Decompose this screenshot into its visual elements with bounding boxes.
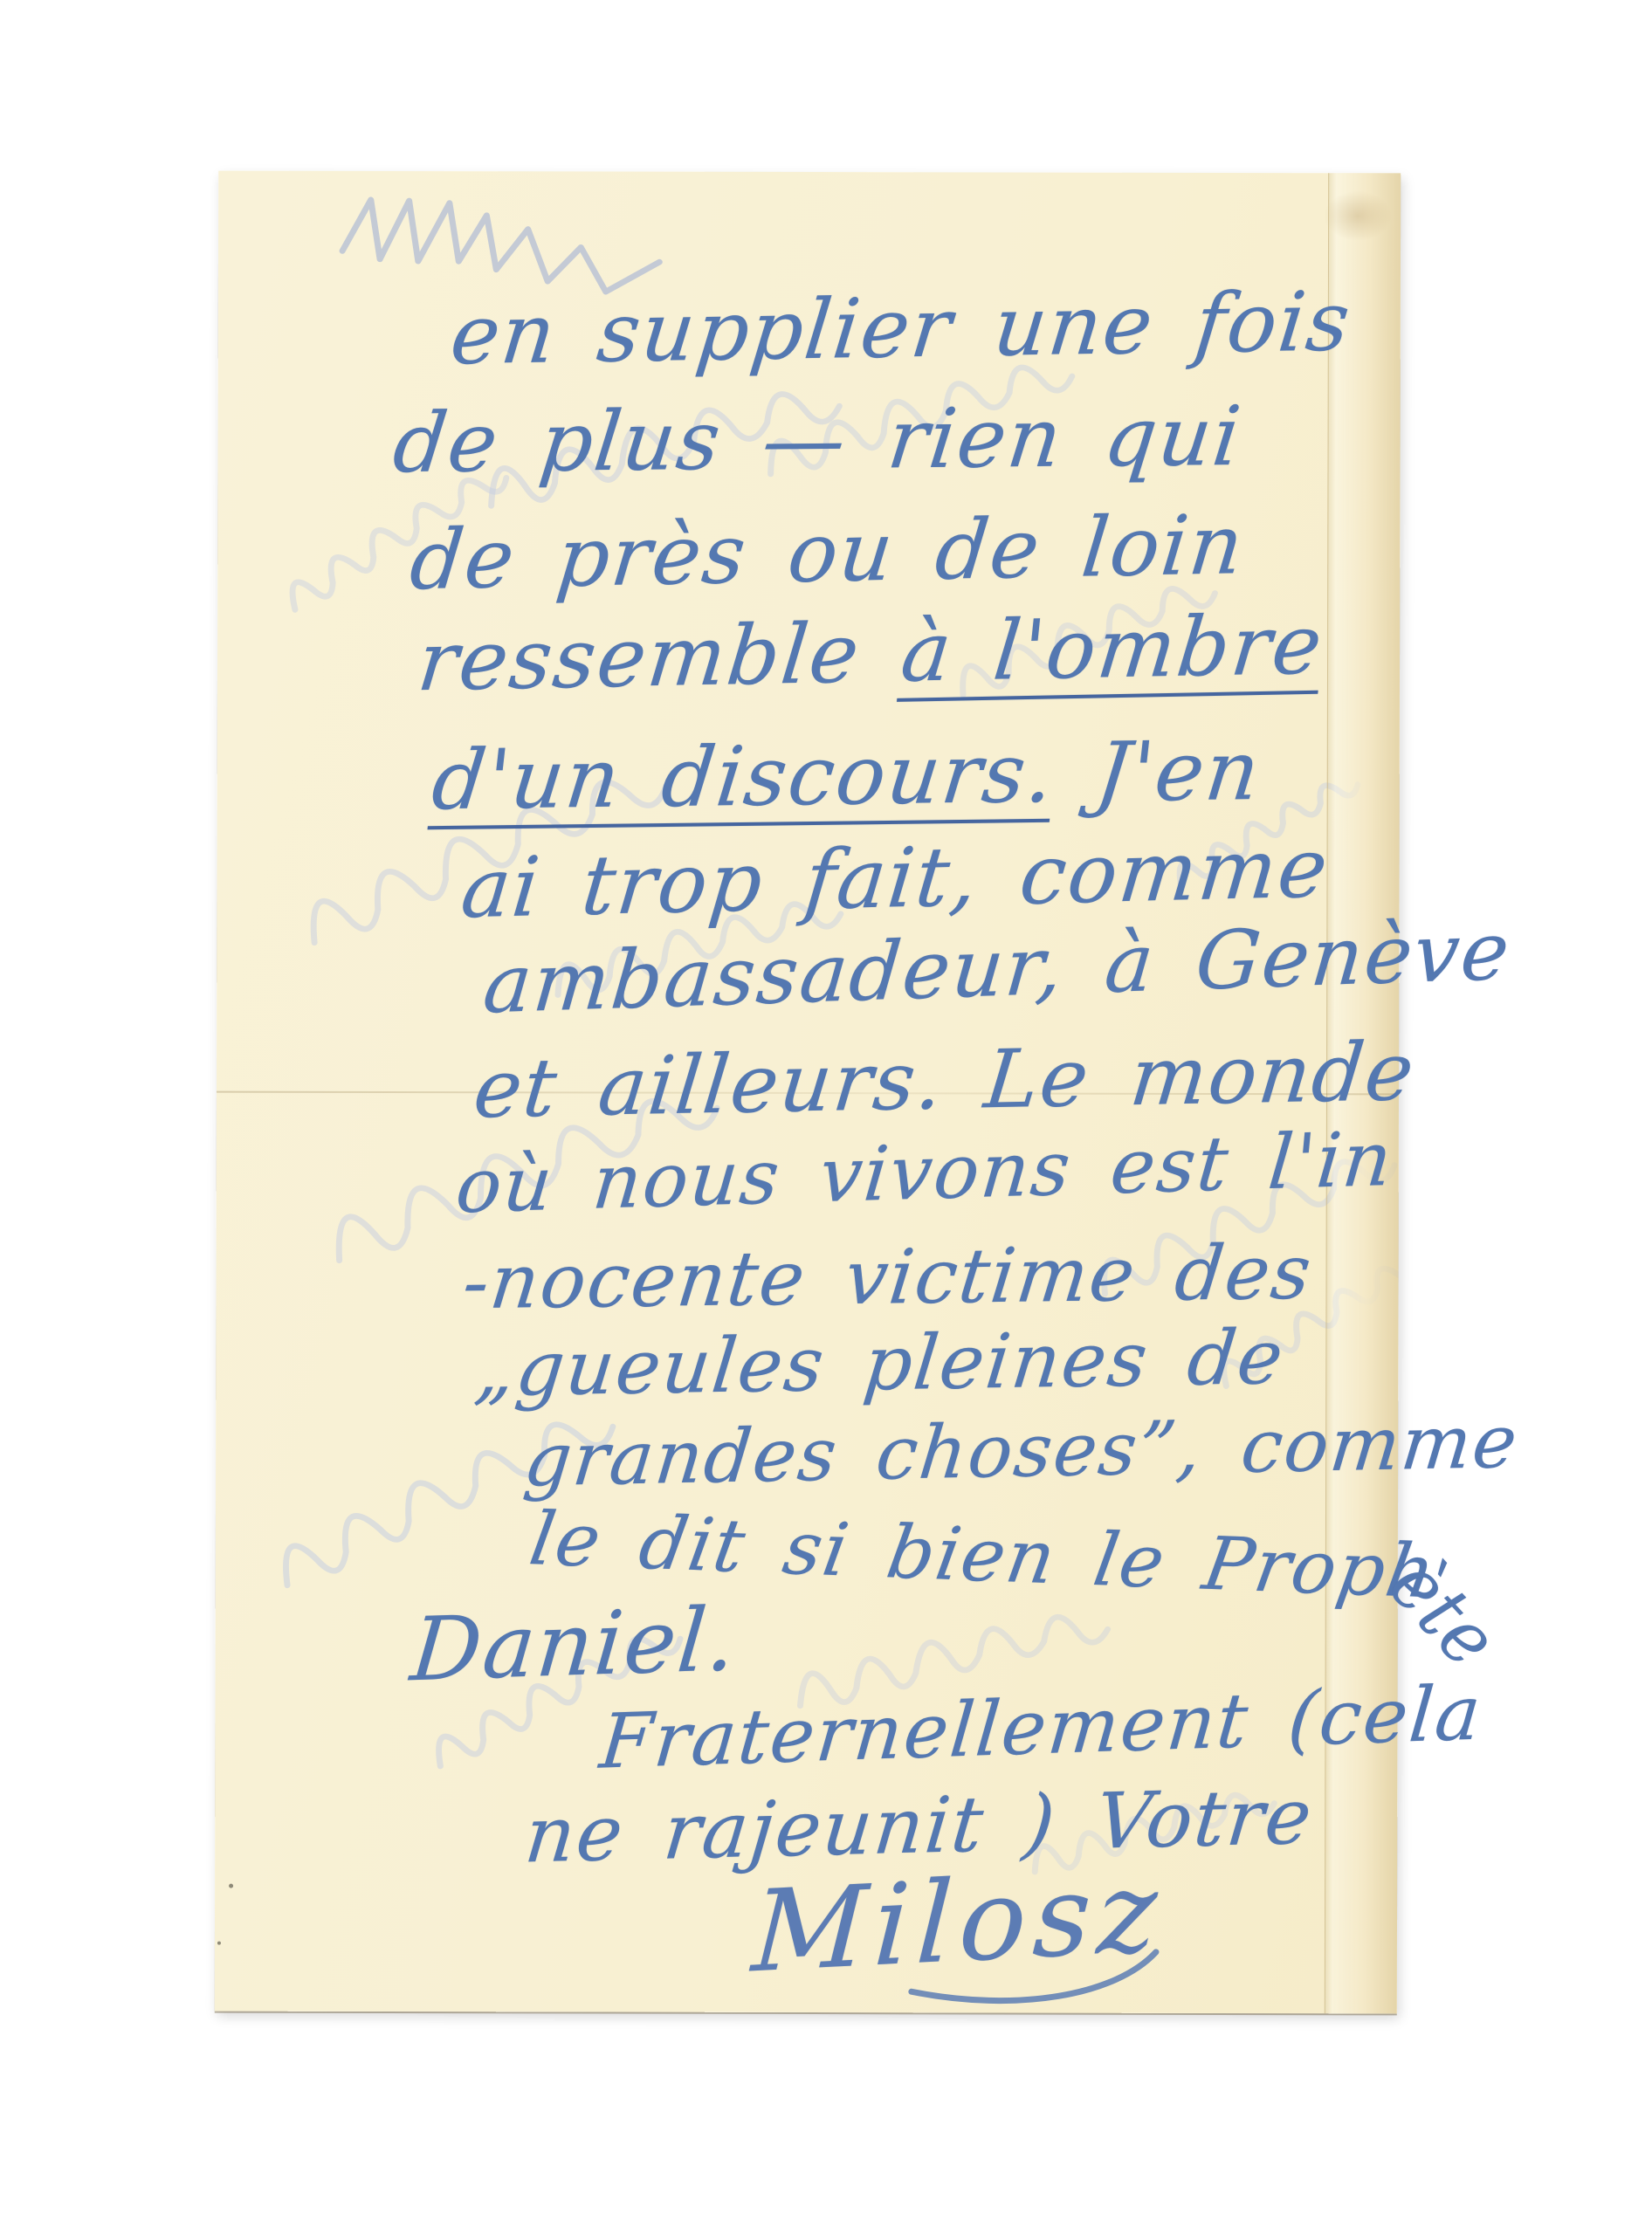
letter-line-3: de près ou de loin <box>407 505 1249 602</box>
signature-underline-stroke <box>912 1951 1156 2001</box>
line-text: grandes choses”, comme <box>520 1399 1523 1503</box>
letter-line-5: d'un discours. J'en <box>428 731 1264 822</box>
underlined-phrase: d'un discours. <box>428 726 1060 829</box>
signature-flourish <box>887 1944 1175 2024</box>
letter-line-4: ressemble à l'ombre <box>414 605 1326 705</box>
letter-line-14: Daniel. <box>408 1596 741 1695</box>
letter-line-1: en supplier une fois <box>447 281 1355 377</box>
letter-line-9: où nous vivons est l'in <box>453 1122 1396 1225</box>
line-text: de près ou de loin <box>406 498 1249 609</box>
line-text: ressemble <box>414 606 907 711</box>
letter-line-15: Fraternellement (cela <box>597 1675 1485 1779</box>
scan-background: { "colors": { "background": "#ffffff", "… <box>0 0 1652 2235</box>
letter-line-8: et ailleurs. Le monde <box>471 1032 1420 1130</box>
letter-line-11: „gueules pleines de <box>472 1320 1288 1407</box>
line-text: J'en <box>1050 724 1266 822</box>
line-text: „gueules pleines de <box>471 1314 1288 1413</box>
letter-body-text: en supplier une foisde plus — rien quide… <box>215 171 1401 2014</box>
underlined-phrase: à l'ombre <box>897 598 1328 701</box>
letter-line-12: grandes choses”, comme <box>520 1405 1522 1497</box>
line-text: de plus — rien qui <box>389 389 1247 492</box>
letter-line-2: de plus — rien qui <box>389 396 1246 485</box>
line-text: en supplier une fois <box>446 274 1356 383</box>
line-text: -nocente victime des <box>458 1229 1317 1327</box>
letter-paper: en supplier une foisde plus — rien quide… <box>215 171 1401 2014</box>
line-text: Daniel. <box>407 1588 741 1702</box>
letter-line-10: -nocente victime des <box>459 1235 1316 1321</box>
